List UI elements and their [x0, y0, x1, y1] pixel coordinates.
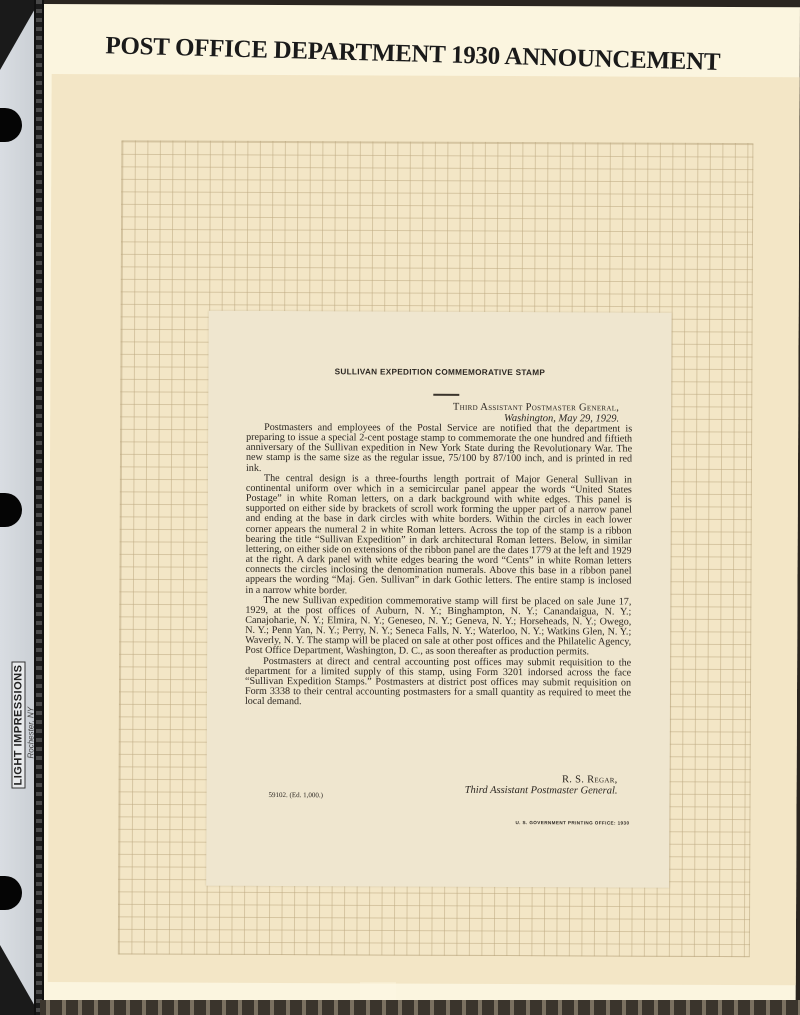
heading-rule: [433, 394, 459, 396]
mount-board: SULLIVAN EXPEDITION COMMEMORATIVE STAMP …: [48, 74, 800, 985]
signature-title: Third Assistant Postmaster General.: [465, 785, 618, 797]
sleeve-brand-label: LIGHT IMPRESSIONS Rochester, NY: [9, 629, 36, 789]
page-title: POST OFFICE DEPARTMENT 1930 ANNOUNCEMENT: [105, 32, 721, 77]
paragraph-notice: Postmasters and employees of the Postal …: [246, 423, 632, 475]
sender-block: Third Assistant Postmaster General, Wash…: [453, 403, 619, 425]
signature-block: R. S. Regar, Third Assistant Postmaster …: [465, 774, 618, 797]
sleeve-bottom-edge: [40, 1000, 800, 1015]
announcement-document: SULLIVAN EXPEDITION COMMEMORATIVE STAMP …: [206, 311, 672, 888]
paragraph-design: The central design is a three-fourths le…: [245, 474, 632, 598]
signature-name: R. S. Regar,: [465, 774, 618, 786]
sleeve-brand-name: LIGHT IMPRESSIONS: [12, 662, 26, 789]
paragraph-sale: The new Sullivan expedition commemorativ…: [245, 596, 631, 659]
paragraph-requisition: Postmasters at direct and central accoun…: [245, 656, 631, 708]
document-body: Postmasters and employees of the Postal …: [245, 423, 632, 709]
form-number: 59102. (Ed. 1,000.): [269, 791, 323, 799]
album-page: POST OFFICE DEPARTMENT 1930 ANNOUNCEMENT…: [40, 4, 800, 1003]
printer-imprint: U. S. GOVERNMENT PRINTING OFFICE: 1930: [515, 820, 629, 825]
document-heading: SULLIVAN EXPEDITION COMMEMORATIVE STAMP: [208, 367, 671, 378]
binder-strip: [34, 0, 44, 1015]
